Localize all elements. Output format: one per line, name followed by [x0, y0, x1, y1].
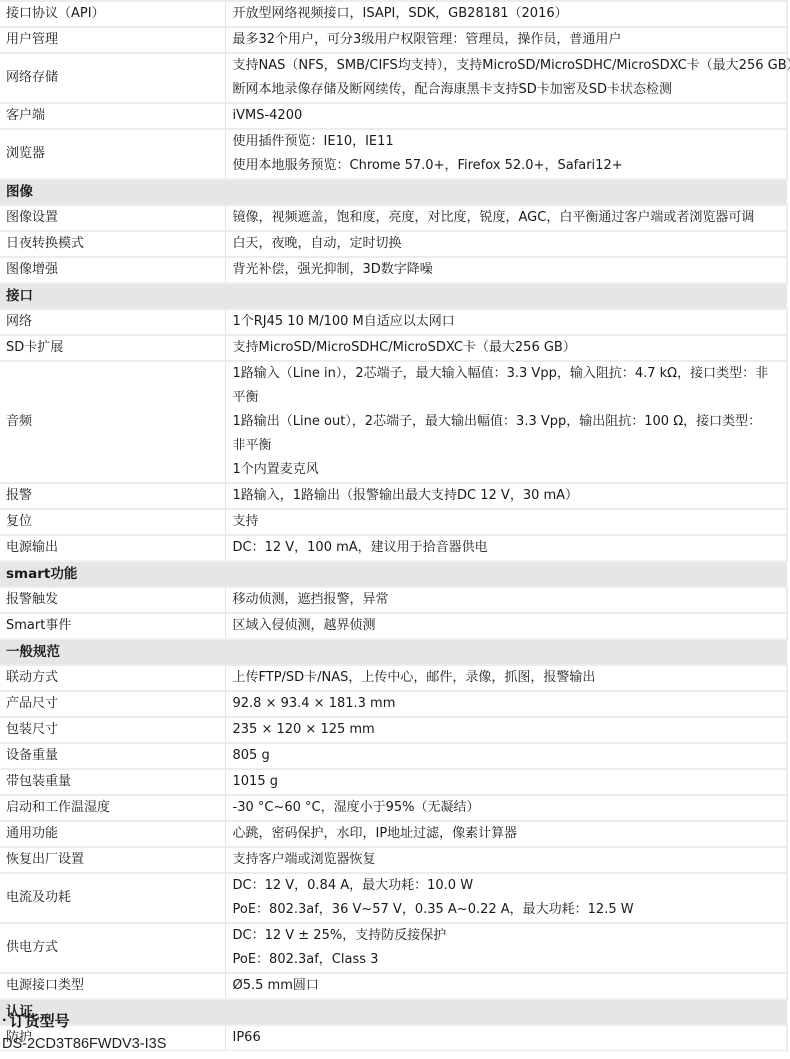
spec-value-line: -30 °C~60 °C，湿度小于95%（无凝结）	[233, 796, 787, 820]
spec-label: 复位	[0, 509, 225, 535]
spec-value-line: 1015 g	[233, 770, 787, 794]
spec-table-body: 接口协议（API）开放型网络视频接口，ISAPI，SDK，GB28181（201…	[0, 1, 787, 1051]
spec-value: 镜像，视频遮盖，饱和度，亮度，对比度，锐度，AGC，白平衡通过客户端或者浏览器可…	[225, 205, 787, 231]
spec-row: 联动方式上传FTP/SD卡/NAS，上传中心，邮件，录像，抓图，报警输出	[0, 665, 787, 691]
spec-value-line: Ø5.5 mm圆口	[233, 974, 787, 998]
spec-value-line: 断网本地录像存储及断网续传，配合海康黑卡支持SD卡加密及SD卡状态检测	[233, 78, 787, 102]
spec-value: DC：12 V，100 mA，建议用于拾音器供电	[225, 535, 787, 561]
spec-value: IP66	[225, 1025, 787, 1051]
spec-label: 用户管理	[0, 27, 225, 53]
spec-row: 网络1个RJ45 10 M/100 M自适应以太网口	[0, 309, 787, 335]
spec-row: 电源接口类型Ø5.5 mm圆口	[0, 973, 787, 999]
spec-value-line: 1个RJ45 10 M/100 M自适应以太网口	[233, 310, 787, 334]
spec-value-line: iVMS-4200	[233, 104, 787, 128]
spec-value: 805 g	[225, 743, 787, 769]
spec-value-line: 支持MicroSD/MicroSDHC/MicroSDXC卡（最大256 GB）	[233, 336, 787, 360]
spec-value: 支持客户端或浏览器恢复	[225, 847, 787, 873]
spec-value-line: 平衡	[233, 386, 787, 410]
spec-value-line: PoE：802.3af，36 V~57 V，0.35 A~0.22 A，最大功耗…	[233, 898, 787, 922]
spec-row: SD卡扩展支持MicroSD/MicroSDHC/MicroSDXC卡（最大25…	[0, 335, 787, 361]
spec-value: 支持	[225, 509, 787, 535]
spec-value: 支持NAS（NFS，SMB/CIFS均支持），支持MicroSD/MicroSD…	[225, 53, 787, 103]
spec-value: -30 °C~60 °C，湿度小于95%（无凝结）	[225, 795, 787, 821]
bullet-icon: ·	[2, 1013, 7, 1027]
spec-label: 产品尺寸	[0, 691, 225, 717]
spec-row: 网络存储支持NAS（NFS，SMB/CIFS均支持），支持MicroSD/Mic…	[0, 53, 787, 103]
spec-value-line: 支持NAS（NFS，SMB/CIFS均支持），支持MicroSD/MicroSD…	[233, 54, 787, 78]
spec-value: 使用插件预览：IE10，IE11使用本地服务预览：Chrome 57.0+，Fi…	[225, 129, 787, 179]
order-section: ·订货型号 DS-2CD3T86FWDV3-I3S	[2, 1010, 166, 1055]
section-header: 接口	[0, 283, 787, 309]
spec-row: 客户端iVMS-4200	[0, 103, 787, 129]
spec-row: 报警触发移动侦测，遮挡报警，异常	[0, 587, 787, 613]
spec-label: 音频	[0, 361, 225, 483]
spec-value-line: 上传FTP/SD卡/NAS，上传中心，邮件，录像，抓图，报警输出	[233, 666, 787, 690]
order-title-text: 订货型号	[10, 1012, 70, 1030]
spec-value-line: 使用本地服务预览：Chrome 57.0+，Firefox 52.0+，Safa…	[233, 154, 787, 178]
spec-label: 浏览器	[0, 129, 225, 179]
spec-label: 接口协议（API）	[0, 1, 225, 27]
spec-label: 日夜转换模式	[0, 231, 225, 257]
spec-label: 带包装重量	[0, 769, 225, 795]
spec-row: 报警1路输入，1路输出（报警输出最大支持DC 12 V，30 mA）	[0, 483, 787, 509]
spec-value-line: 805 g	[233, 744, 787, 768]
spec-table: 接口协议（API）开放型网络视频接口，ISAPI，SDK，GB28181（201…	[0, 0, 788, 1051]
spec-value-line: PoE：802.3af，Class 3	[233, 948, 787, 972]
spec-value-line: 235 × 120 × 125 mm	[233, 718, 787, 742]
spec-row: 接口协议（API）开放型网络视频接口，ISAPI，SDK，GB28181（201…	[0, 1, 787, 27]
spec-value-line: 1路输出（Line out），2芯端子，最大输出幅值：3.3 Vpp，输出阻抗：…	[233, 410, 787, 434]
spec-value: 上传FTP/SD卡/NAS，上传中心，邮件，录像，抓图，报警输出	[225, 665, 787, 691]
spec-value: 1015 g	[225, 769, 787, 795]
spec-value-line: IP66	[233, 1026, 787, 1050]
spec-value-line: 92.8 × 93.4 × 181.3 mm	[233, 692, 787, 716]
spec-value-line: 背光补偿，强光抑制，3D数字降噪	[233, 258, 787, 282]
spec-label: 电流及功耗	[0, 873, 225, 923]
section-header: 图像	[0, 179, 787, 205]
spec-value: 支持MicroSD/MicroSDHC/MicroSDXC卡（最大256 GB）	[225, 335, 787, 361]
spec-label: 图像增强	[0, 257, 225, 283]
spec-value: DC：12 V，0.84 A，最大功耗：10.0 WPoE：802.3af，36…	[225, 873, 787, 923]
spec-row: 音频1路输入（Line in），2芯端子，最大输入幅值：3.3 Vpp，输入阻抗…	[0, 361, 787, 483]
spec-label: 设备重量	[0, 743, 225, 769]
spec-value-line: DC：12 V ± 25%，支持防反接保护	[233, 924, 787, 948]
spec-value-line: DC：12 V，100 mA，建议用于拾音器供电	[233, 536, 787, 560]
spec-label: 供电方式	[0, 923, 225, 973]
spec-row: 复位支持	[0, 509, 787, 535]
spec-row: 设备重量805 g	[0, 743, 787, 769]
spec-label: 网络	[0, 309, 225, 335]
spec-value-line: DC：12 V，0.84 A，最大功耗：10.0 W	[233, 874, 787, 898]
spec-row: 带包装重量1015 g	[0, 769, 787, 795]
spec-value: 92.8 × 93.4 × 181.3 mm	[225, 691, 787, 717]
spec-value-line: 心跳，密码保护，水印，IP地址过滤，像素计算器	[233, 822, 787, 846]
spec-row: Smart事件区域入侵侦测，越界侦测	[0, 613, 787, 639]
spec-label: 恢复出厂设置	[0, 847, 225, 873]
spec-value-line: 非平衡	[233, 434, 787, 458]
spec-label: Smart事件	[0, 613, 225, 639]
spec-value-line: 1个内置麦克风	[233, 458, 787, 482]
spec-row: 电流及功耗DC：12 V，0.84 A，最大功耗：10.0 WPoE：802.3…	[0, 873, 787, 923]
spec-value: Ø5.5 mm圆口	[225, 973, 787, 999]
spec-value-line: 开放型网络视频接口，ISAPI，SDK，GB28181（2016）	[233, 2, 787, 26]
section-header-row: 图像	[0, 179, 787, 205]
spec-row: 图像增强背光补偿，强光抑制，3D数字降噪	[0, 257, 787, 283]
spec-value-line: 镜像，视频遮盖，饱和度，亮度，对比度，锐度，AGC，白平衡通过客户端或者浏览器可…	[233, 206, 787, 230]
spec-row: 恢复出厂设置支持客户端或浏览器恢复	[0, 847, 787, 873]
section-header: smart功能	[0, 561, 787, 587]
spec-value: 开放型网络视频接口，ISAPI，SDK，GB28181（2016）	[225, 1, 787, 27]
spec-row: 通用功能心跳，密码保护，水印，IP地址过滤，像素计算器	[0, 821, 787, 847]
spec-value: iVMS-4200	[225, 103, 787, 129]
spec-value: 背光补偿，强光抑制，3D数字降噪	[225, 257, 787, 283]
spec-row: 供电方式DC：12 V ± 25%，支持防反接保护PoE：802.3af，Cla…	[0, 923, 787, 973]
spec-value-line: 1路输入（Line in），2芯端子，最大输入幅值：3.3 Vpp，输入阻抗：4…	[233, 362, 787, 386]
spec-value: 移动侦测，遮挡报警，异常	[225, 587, 787, 613]
spec-value: 1路输入，1路输出（报警输出最大支持DC 12 V，30 mA）	[225, 483, 787, 509]
spec-label: 联动方式	[0, 665, 225, 691]
spec-value-line: 白天，夜晚，自动，定时切换	[233, 232, 787, 256]
spec-row: 包装尺寸235 × 120 × 125 mm	[0, 717, 787, 743]
section-header-row: 接口	[0, 283, 787, 309]
section-header-row: smart功能	[0, 561, 787, 587]
spec-row: 产品尺寸92.8 × 93.4 × 181.3 mm	[0, 691, 787, 717]
spec-label: 电源接口类型	[0, 973, 225, 999]
spec-value-line: 支持客户端或浏览器恢复	[233, 848, 787, 872]
spec-value: 1路输入（Line in），2芯端子，最大输入幅值：3.3 Vpp，输入阻抗：4…	[225, 361, 787, 483]
spec-value: DC：12 V ± 25%，支持防反接保护PoE：802.3af，Class 3	[225, 923, 787, 973]
spec-value: 白天，夜晚，自动，定时切换	[225, 231, 787, 257]
spec-label: 启动和工作温湿度	[0, 795, 225, 821]
spec-row: 用户管理最多32个用户，可分3级用户权限管理：管理员，操作员，普通用户	[0, 27, 787, 53]
spec-row: 图像设置镜像，视频遮盖，饱和度，亮度，对比度，锐度，AGC，白平衡通过客户端或者…	[0, 205, 787, 231]
spec-label: 包装尺寸	[0, 717, 225, 743]
spec-label: 客户端	[0, 103, 225, 129]
spec-value: 区域入侵侦测，越界侦测	[225, 613, 787, 639]
spec-row: 电源输出DC：12 V，100 mA，建议用于拾音器供电	[0, 535, 787, 561]
spec-row: 日夜转换模式白天，夜晚，自动，定时切换	[0, 231, 787, 257]
spec-value: 最多32个用户，可分3级用户权限管理：管理员，操作员，普通用户	[225, 27, 787, 53]
spec-value-line: 1路输入，1路输出（报警输出最大支持DC 12 V，30 mA）	[233, 484, 787, 508]
spec-row: 浏览器使用插件预览：IE10，IE11使用本地服务预览：Chrome 57.0+…	[0, 129, 787, 179]
spec-value-line: 使用插件预览：IE10，IE11	[233, 130, 787, 154]
spec-label: 报警触发	[0, 587, 225, 613]
spec-label: 电源输出	[0, 535, 225, 561]
spec-row: 启动和工作温湿度-30 °C~60 °C，湿度小于95%（无凝结）	[0, 795, 787, 821]
spec-value-line: 区域入侵侦测，越界侦测	[233, 614, 787, 638]
order-title: ·订货型号	[2, 1010, 166, 1033]
spec-value-line: 最多32个用户，可分3级用户权限管理：管理员，操作员，普通用户	[233, 28, 787, 52]
spec-label: 报警	[0, 483, 225, 509]
spec-value: 235 × 120 × 125 mm	[225, 717, 787, 743]
spec-value: 心跳，密码保护，水印，IP地址过滤，像素计算器	[225, 821, 787, 847]
section-header-row: 一般规范	[0, 639, 787, 665]
spec-label: 通用功能	[0, 821, 225, 847]
spec-label: SD卡扩展	[0, 335, 225, 361]
section-header: 一般规范	[0, 639, 787, 665]
spec-value-line: 支持	[233, 510, 787, 534]
spec-label: 图像设置	[0, 205, 225, 231]
spec-value-line: 移动侦测，遮挡报警，异常	[233, 588, 787, 612]
spec-value: 1个RJ45 10 M/100 M自适应以太网口	[225, 309, 787, 335]
spec-label: 网络存储	[0, 53, 225, 103]
order-model-number: DS-2CD3T86FWDV3-I3S	[2, 1033, 166, 1055]
